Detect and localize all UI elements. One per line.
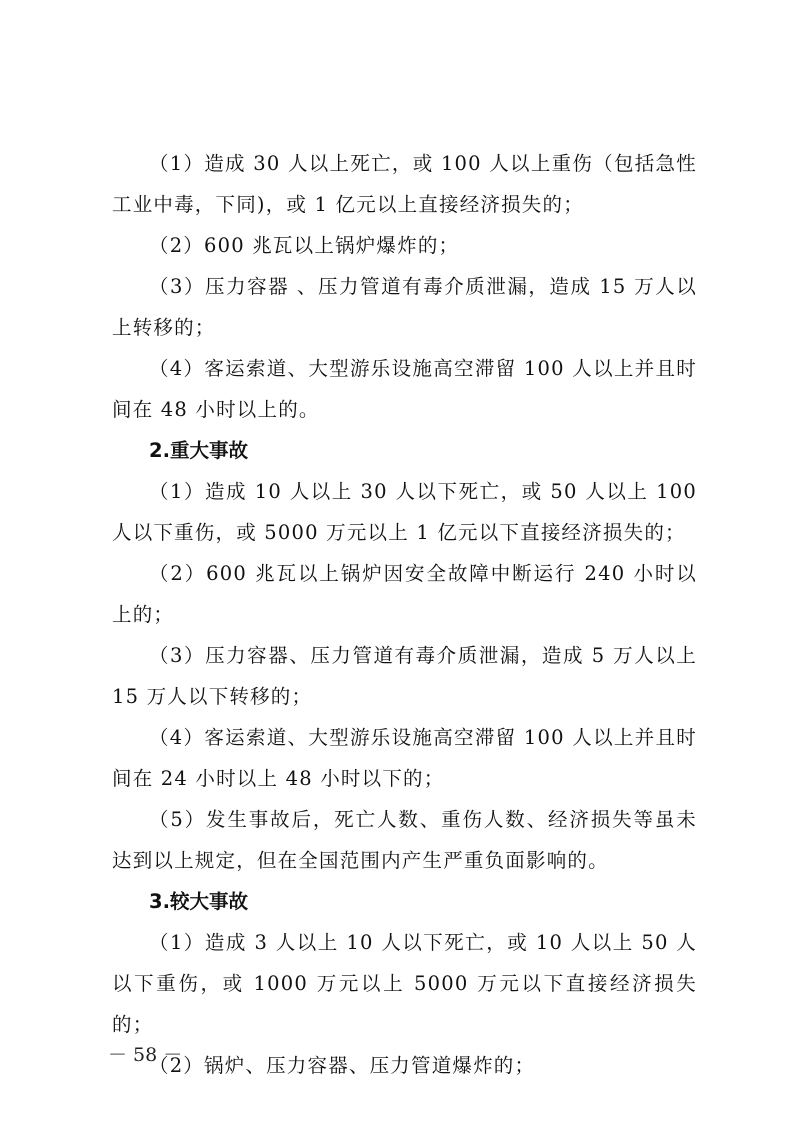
paragraph-major-2: （2）600 兆瓦以上锅炉爆炸的； — [112, 225, 697, 266]
section-heading-serious-accident: 2.重大事故 — [112, 430, 697, 471]
paragraph-larger-1: （1）造成 3 人以上 10 人以下死亡，或 10 人以上 50 人以下重伤，或… — [112, 922, 697, 1045]
paragraph-serious-5: （5）发生事故后，死亡人数、重伤人数、经济损失等虽未达到以上规定，但在全国范围内… — [112, 799, 697, 881]
paragraph-major-4: （4）客运索道、大型游乐设施高空滞留 100 人以上并且时间在 48 小时以上的… — [112, 348, 697, 430]
paragraph-serious-4: （4）客运索道、大型游乐设施高空滞留 100 人以上并且时间在 24 小时以上 … — [112, 717, 697, 799]
page-number: － 58 － — [108, 1040, 182, 1067]
section-heading-larger-accident: 3.较大事故 — [112, 881, 697, 922]
paragraph-serious-1: （1）造成 10 人以上 30 人以下死亡，或 50 人以上 100 人以下重伤… — [112, 471, 697, 553]
paragraph-major-1: （1）造成 30 人以上死亡，或 100 人以上重伤（包括急性工业中毒，下同)，… — [112, 143, 697, 225]
paragraph-serious-2: （2）600 兆瓦以上锅炉因安全故障中断运行 240 小时以上的； — [112, 553, 697, 635]
paragraph-serious-3: （3）压力容器、压力管道有毒介质泄漏，造成 5 万人以上 15 万人以下转移的； — [112, 635, 697, 717]
document-body: （1）造成 30 人以上死亡，或 100 人以上重伤（包括急性工业中毒，下同)，… — [112, 143, 697, 1086]
document-page: （1）造成 30 人以上死亡，或 100 人以上重伤（包括急性工业中毒，下同)，… — [0, 0, 793, 1122]
paragraph-larger-2: （2）锅炉、压力容器、压力管道爆炸的； — [112, 1045, 697, 1086]
paragraph-major-3: （3）压力容器 、压力管道有毒介质泄漏，造成 15 万人以上转移的； — [112, 266, 697, 348]
